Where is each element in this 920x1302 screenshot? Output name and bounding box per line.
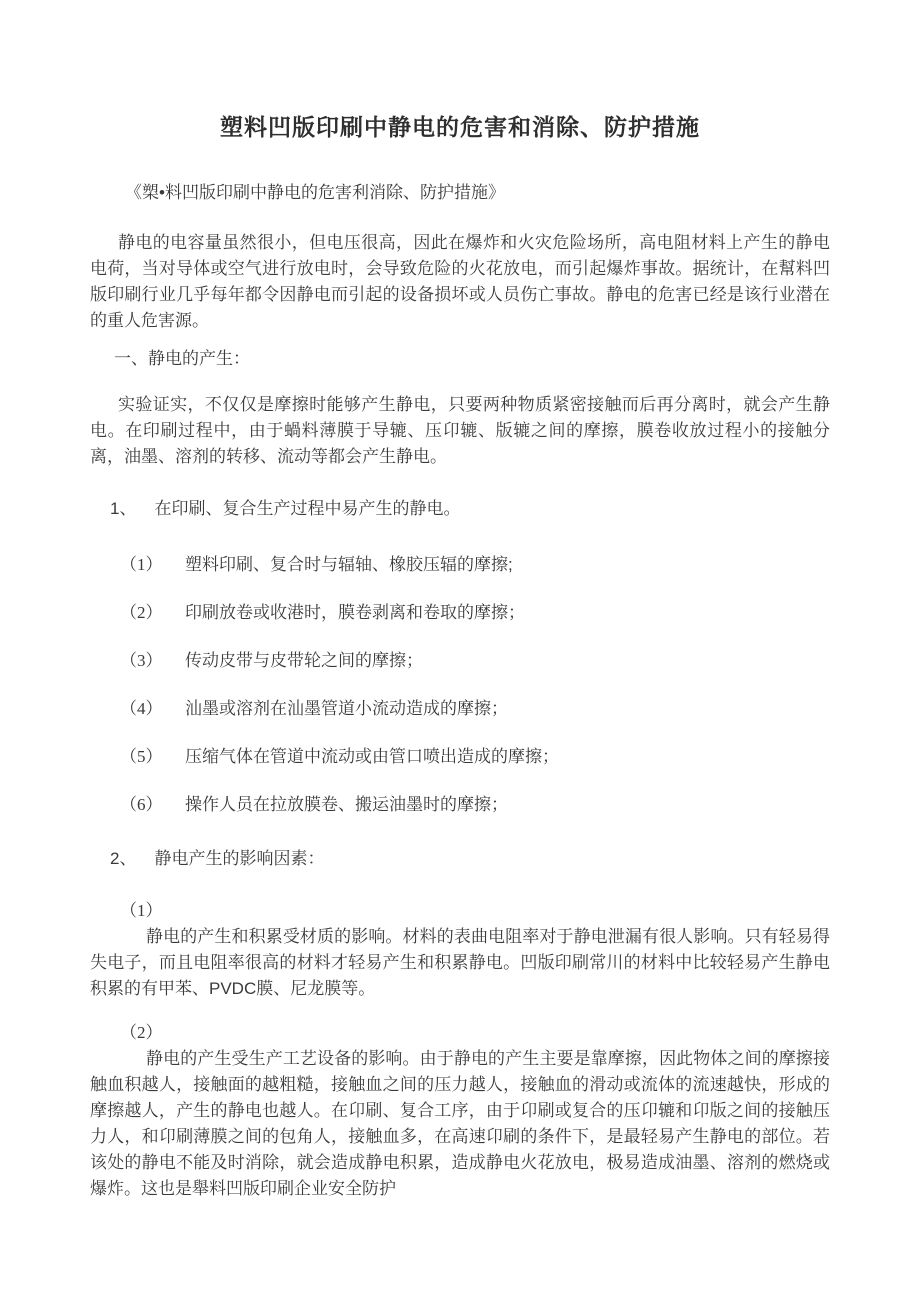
list-item-label: （3） [120,648,165,674]
list-item-label: （2） [120,600,165,626]
factor-1-paragraph: 静电的产生和积累受材质的影响。材料的表曲电阻率对于静电泄漏有很人影响。只有轻易得… [90,924,830,1002]
factor-1-label: （1） [120,898,830,924]
section-heading-static-generation: 一、静电的产生： [114,346,830,372]
intro-paragraph: 静电的电容量虽然很小，但电压很高，因此在爆炸和火灾危险场所，高电阻材料上产生的静… [90,230,830,334]
list-item-2-label: 2、 [110,846,136,872]
list-item-text: 传动皮带与皮带轮之间的摩擦； [185,648,423,674]
list-item-text: 印刷放卷或收港时，膜卷剥离和卷取的摩擦； [185,600,525,626]
document-content: 塑料凹版印刷中静电的危害和消除、防护措施 《槊•料凹版印刷中静电的危害利消除、防… [0,0,920,1202]
list-item: （5） 压缩气体在管道中流动或由管口喷出造成的摩擦； [120,744,830,770]
list-item-label: （4） [120,696,165,722]
list-item-text: 压缩气体在管道中流动或由管口喷出造成的摩擦； [185,744,559,770]
list-item-1: 1、 在印刷、复合生产过程中易产生的静电。 [110,496,830,522]
list-item-text: 汕墨或溶剂在汕墨管道小流动造成的摩擦； [185,696,508,722]
document-subtitle: 《槊•料凹版印刷中静电的危害利消除、防护措施》 [125,182,830,204]
list-item-label: （5） [120,744,165,770]
list-item-1-label: 1、 [110,496,136,522]
list-item: （3） 传动皮带与皮带轮之间的摩擦； [120,648,830,674]
document-page: 塑料凹版印刷中静电的危害和消除、防护措施 《槊•料凹版印刷中静电的危害利消除、防… [0,0,920,1302]
list-item-label: （1） [120,552,165,578]
list-item-2: 2、 静电产生的影响因素： [110,846,830,872]
list-item: （6） 操作人员在拉放膜卷、搬运油墨时的摩擦； [120,792,830,818]
section-paragraph: 实验证实，不仅仅是摩擦时能够产生静电，只要两种物质紧密接触而后再分离时，就会产生… [90,392,830,470]
list-item-2-text: 静电产生的影响因素： [154,846,324,872]
factor-2-paragraph: 静电的产生受生产工艺设备的影响。由于静电的产生主要是靠摩擦，因此物体之间的摩擦接… [90,1046,830,1202]
list-item: （1） 塑料印刷、复合时与辐轴、橡胶压辐的摩擦; [120,552,830,578]
list-item: （4） 汕墨或溶剂在汕墨管道小流动造成的摩擦； [120,696,830,722]
list-item-text: 塑料印刷、复合时与辐轴、橡胶压辐的摩擦; [185,552,513,578]
list-item-text: 操作人员在拉放膜卷、搬运油墨时的摩擦； [185,792,508,818]
list-item: （2） 印刷放卷或收港时，膜卷剥离和卷取的摩擦； [120,600,830,626]
list-item-1-text: 在印刷、复合生产过程中易产生的静电。 [154,496,460,522]
list-item-label: （6） [120,792,165,818]
document-title: 塑料凹版印刷中静电的危害和消除、防护措施 [90,112,830,142]
factor-2-label: （2） [120,1020,830,1046]
